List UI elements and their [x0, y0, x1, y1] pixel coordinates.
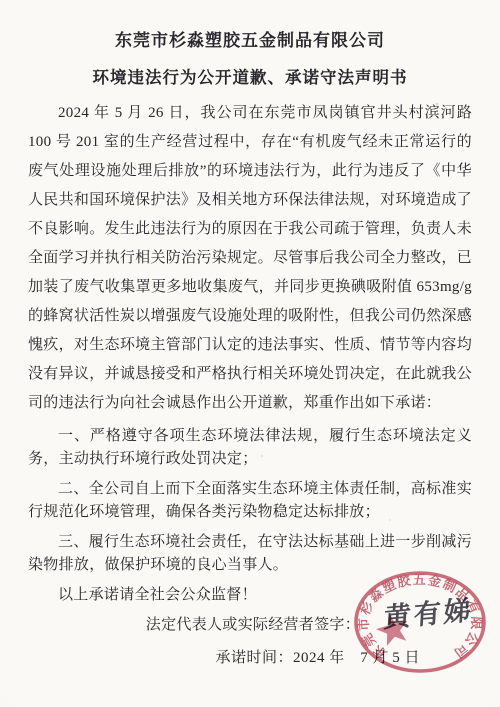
document-page: 东莞市杉淼塑胶五金制品有限公司 环境违法行为公开道歉、承诺守法声明书 2024 …: [0, 0, 500, 707]
signature-label: 法定代表人或实际经营者签字：: [146, 617, 360, 633]
document-content: 东莞市杉淼塑胶五金制品有限公司 环境违法行为公开道歉、承诺守法声明书 2024 …: [0, 0, 500, 670]
commitment-item-1: 一、严格遵守各项生态环境法律法规，履行生态环境法定义务，主动执行环境行政处罚决定…: [28, 425, 472, 471]
document-title: 环境违法行为公开道歉、承诺守法声明书: [28, 67, 472, 89]
apology-paragraph: 2024 年 5 月 26 日，我公司在东莞市凤岗镇官井头村滨河路 100 号 …: [28, 99, 472, 418]
commitment-date-line: 承诺时间：2024 年 7 月 5 日: [28, 646, 472, 670]
handwritten-signature: 黄有娣: [383, 588, 475, 635]
company-name-title: 东莞市杉淼塑胶五金制品有限公司: [28, 30, 472, 52]
commitment-item-2: 二、全公司自上而下全面落实生态环境主体责任制，高标准实行规范化环境管理，确保各类…: [28, 478, 472, 524]
commitment-item-3: 三、履行生态环境社会责任，在守法达标基础上进一步削减污染物排放，做保护环境的良心…: [28, 531, 472, 577]
